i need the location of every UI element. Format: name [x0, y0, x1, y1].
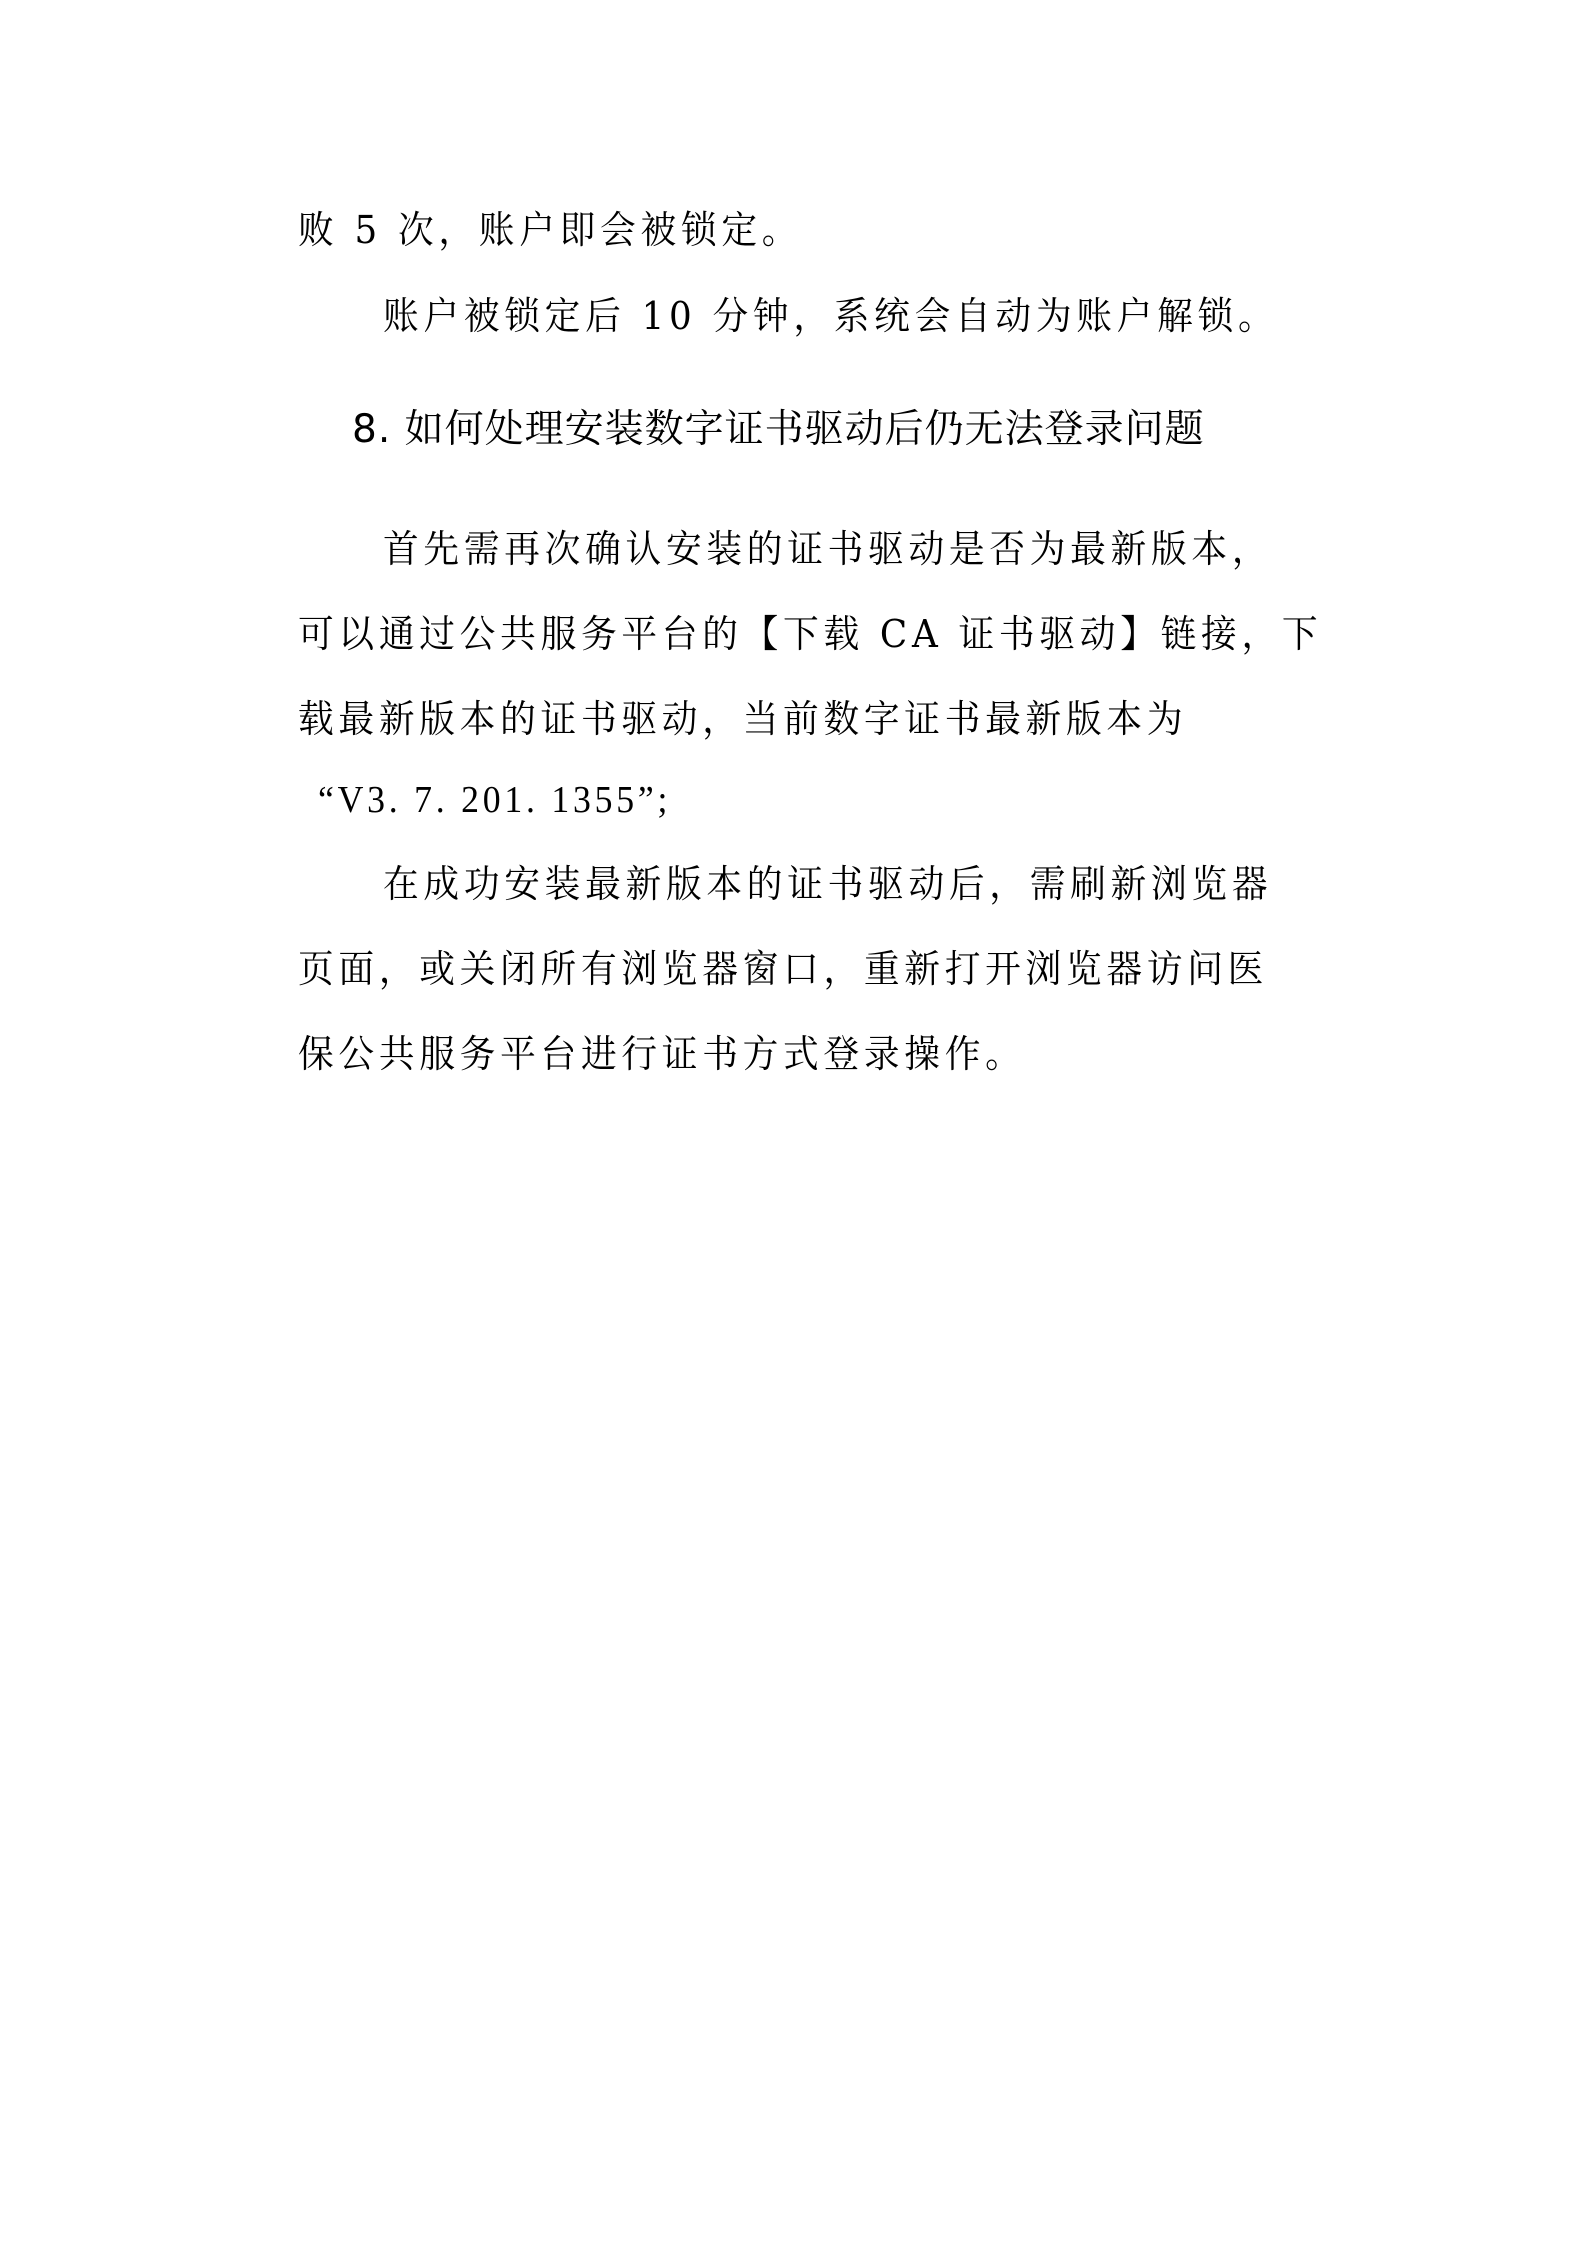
- version-number: “V3. 7. 201. 1355”;: [318, 776, 671, 824]
- paragraph1-line-3: 载最新版本的证书驱动，当前数字证书最新版本为: [298, 695, 1187, 743]
- paragraph2-line-1: 在成功安装最新版本的证书驱动后，需刷新浏览器: [383, 860, 1272, 908]
- paragraph1-line-1: 首先需再次确认安装的证书驱动是否为最新版本，: [383, 525, 1272, 573]
- section-heading: 8. 如何处理安装数字证书驱动后仍无法登录问题: [352, 405, 1205, 455]
- unlock-paragraph-line: 账户被锁定后 10 分钟，系统会自动为账户解锁。: [383, 292, 1278, 340]
- paragraph1-line-2: 可以通过公共服务平台的【下载 CA 证书驱动】链接，下: [298, 610, 1322, 658]
- document-page: 败 5 次，账户即会被锁定。 账户被锁定后 10 分钟，系统会自动为账户解锁。 …: [0, 0, 1588, 2245]
- continuation-text-line: 败 5 次，账户即会被锁定。: [298, 206, 802, 254]
- paragraph2-line-2: 页面，或关闭所有浏览器窗口，重新打开浏览器访问医: [298, 945, 1268, 993]
- paragraph2-line-3: 保公共服务平台进行证书方式登录操作。: [298, 1030, 1026, 1078]
